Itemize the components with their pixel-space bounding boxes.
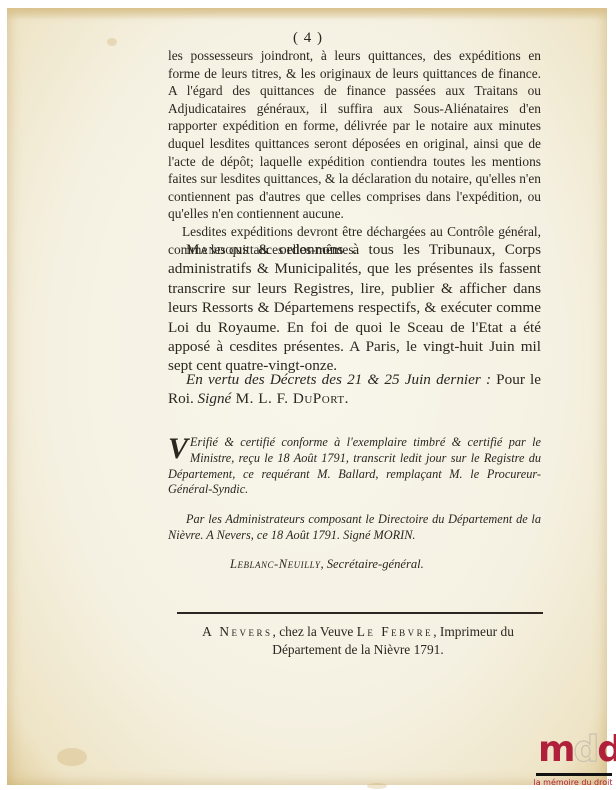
- administrateurs-paragraph: Par les Administrateurs composant le Dir…: [168, 512, 541, 544]
- horizontal-rule: [177, 612, 543, 614]
- logo-d: d: [597, 729, 616, 770]
- verification-text: Erifié & certifié conforme à l'exemplair…: [168, 435, 541, 496]
- imprint-printer: Le Febvre: [357, 624, 433, 639]
- imprint-end: , Imprimeur du: [433, 624, 514, 639]
- mdd-logo: mdd la mémoire du droit: [532, 733, 614, 790]
- logo-m: m: [538, 729, 574, 770]
- mandons-text: & ordonnons à tous les Tribunaux, Corps …: [168, 241, 541, 374]
- drop-cap: V: [168, 437, 188, 461]
- secretary-title: , Secrétaire-général.: [320, 557, 423, 571]
- mandons-lead: Mandons: [186, 241, 249, 258]
- logo-tagline: la mémoire du droit: [532, 778, 614, 787]
- signatory-name: M. L. F. DuPort.: [231, 390, 349, 407]
- paper-stain: [367, 783, 387, 789]
- page-number: ( 4 ): [0, 30, 616, 47]
- paper-stain: [57, 748, 87, 766]
- secretary-name: Leblanc-Neuilly: [230, 557, 320, 571]
- vertu-paragraph: En vertu des Décrets des 21 & 25 Juin de…: [168, 370, 541, 409]
- vertu-signe: Signé: [198, 390, 232, 407]
- vertu-italic: En vertu des Décrets des 21 & 25 Juin de…: [186, 371, 491, 388]
- secretary-signature: Leblanc-Neuilly, Secrétaire-général.: [230, 557, 550, 572]
- imprint-city: A Nevers: [202, 624, 272, 639]
- body-text: les possesseurs joindront, à leurs quitt…: [168, 47, 541, 258]
- logo-bar: [536, 773, 612, 776]
- mandons-paragraph: Mandons & ordonnons à tous les Tribunaux…: [168, 240, 541, 376]
- logo-letters: mdd: [538, 730, 616, 770]
- logo-d-outline: d: [574, 729, 598, 770]
- imprint-line-1: A Nevers, chez la Veuve Le Febvre, Impri…: [168, 624, 548, 640]
- paragraph-1: les possesseurs joindront, à leurs quitt…: [168, 47, 541, 223]
- imprint-line-2: Département de la Nièvre 1791.: [168, 642, 548, 658]
- imprint-rest: , chez la Veuve: [273, 624, 357, 639]
- verification-paragraph: VErifié & certifié conforme à l'exemplai…: [168, 435, 541, 498]
